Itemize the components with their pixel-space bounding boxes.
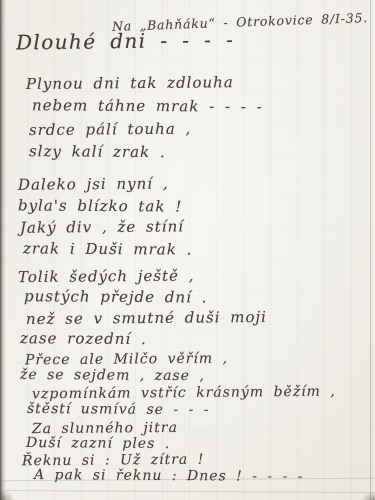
scan-edge-left [0, 0, 6, 500]
manuscript-page: Na „Bahňáku“ - Otrokovice 8/I-35. Dlouhé… [0, 0, 375, 500]
poem-line: srdce pálí touha , [29, 117, 263, 142]
stanza-2: Daleko jsi nyní , byla's blízko tak ! Ja… [18, 174, 192, 260]
poem-line: nebem táhne mrak - - - - [32, 94, 263, 119]
poem-line: slzy kalí zrak . [29, 140, 263, 165]
stanza-4: Přece ale Milčo věřím , že se sejdem , z… [20, 351, 336, 419]
poem-title: Dlouhé dni - - - - [16, 27, 234, 54]
scan-smudge [0, 490, 14, 500]
poem-line: štěstí usmívá se - - - [27, 401, 336, 420]
poem-line: Jaký div , že stíní [20, 216, 193, 239]
poem-line: zrak i Duši mrak . [23, 238, 193, 261]
poem-line: zase rozední . [20, 328, 267, 351]
stanza-5: Za slunného jitra Duší zazní ples . Řekn… [22, 420, 304, 484]
scan-smudge [363, 492, 375, 500]
poem-line: než se v smutné duši moji [26, 307, 267, 330]
poem-line: byla's blízko tak ! [18, 195, 193, 218]
scan-edge-right [370, 0, 371, 500]
paper-crease [0, 490, 375, 493]
stanza-1: Plynou dni tak zdlouha nebem táhne mrak … [26, 72, 263, 164]
poem-line: A pak si řeknu : Dnes ! - - - - [34, 467, 304, 485]
stanza-3: Tolik šedých ještě , pustých přejde dní … [18, 266, 267, 350]
poem-line: Tolik šedých ještě , [18, 265, 267, 288]
poem-line: pustých přejde dní . [24, 286, 267, 309]
poem-line: Daleko jsi nyní , [18, 173, 193, 196]
poem-line: Plynou dni tak zdlouha [26, 71, 263, 96]
